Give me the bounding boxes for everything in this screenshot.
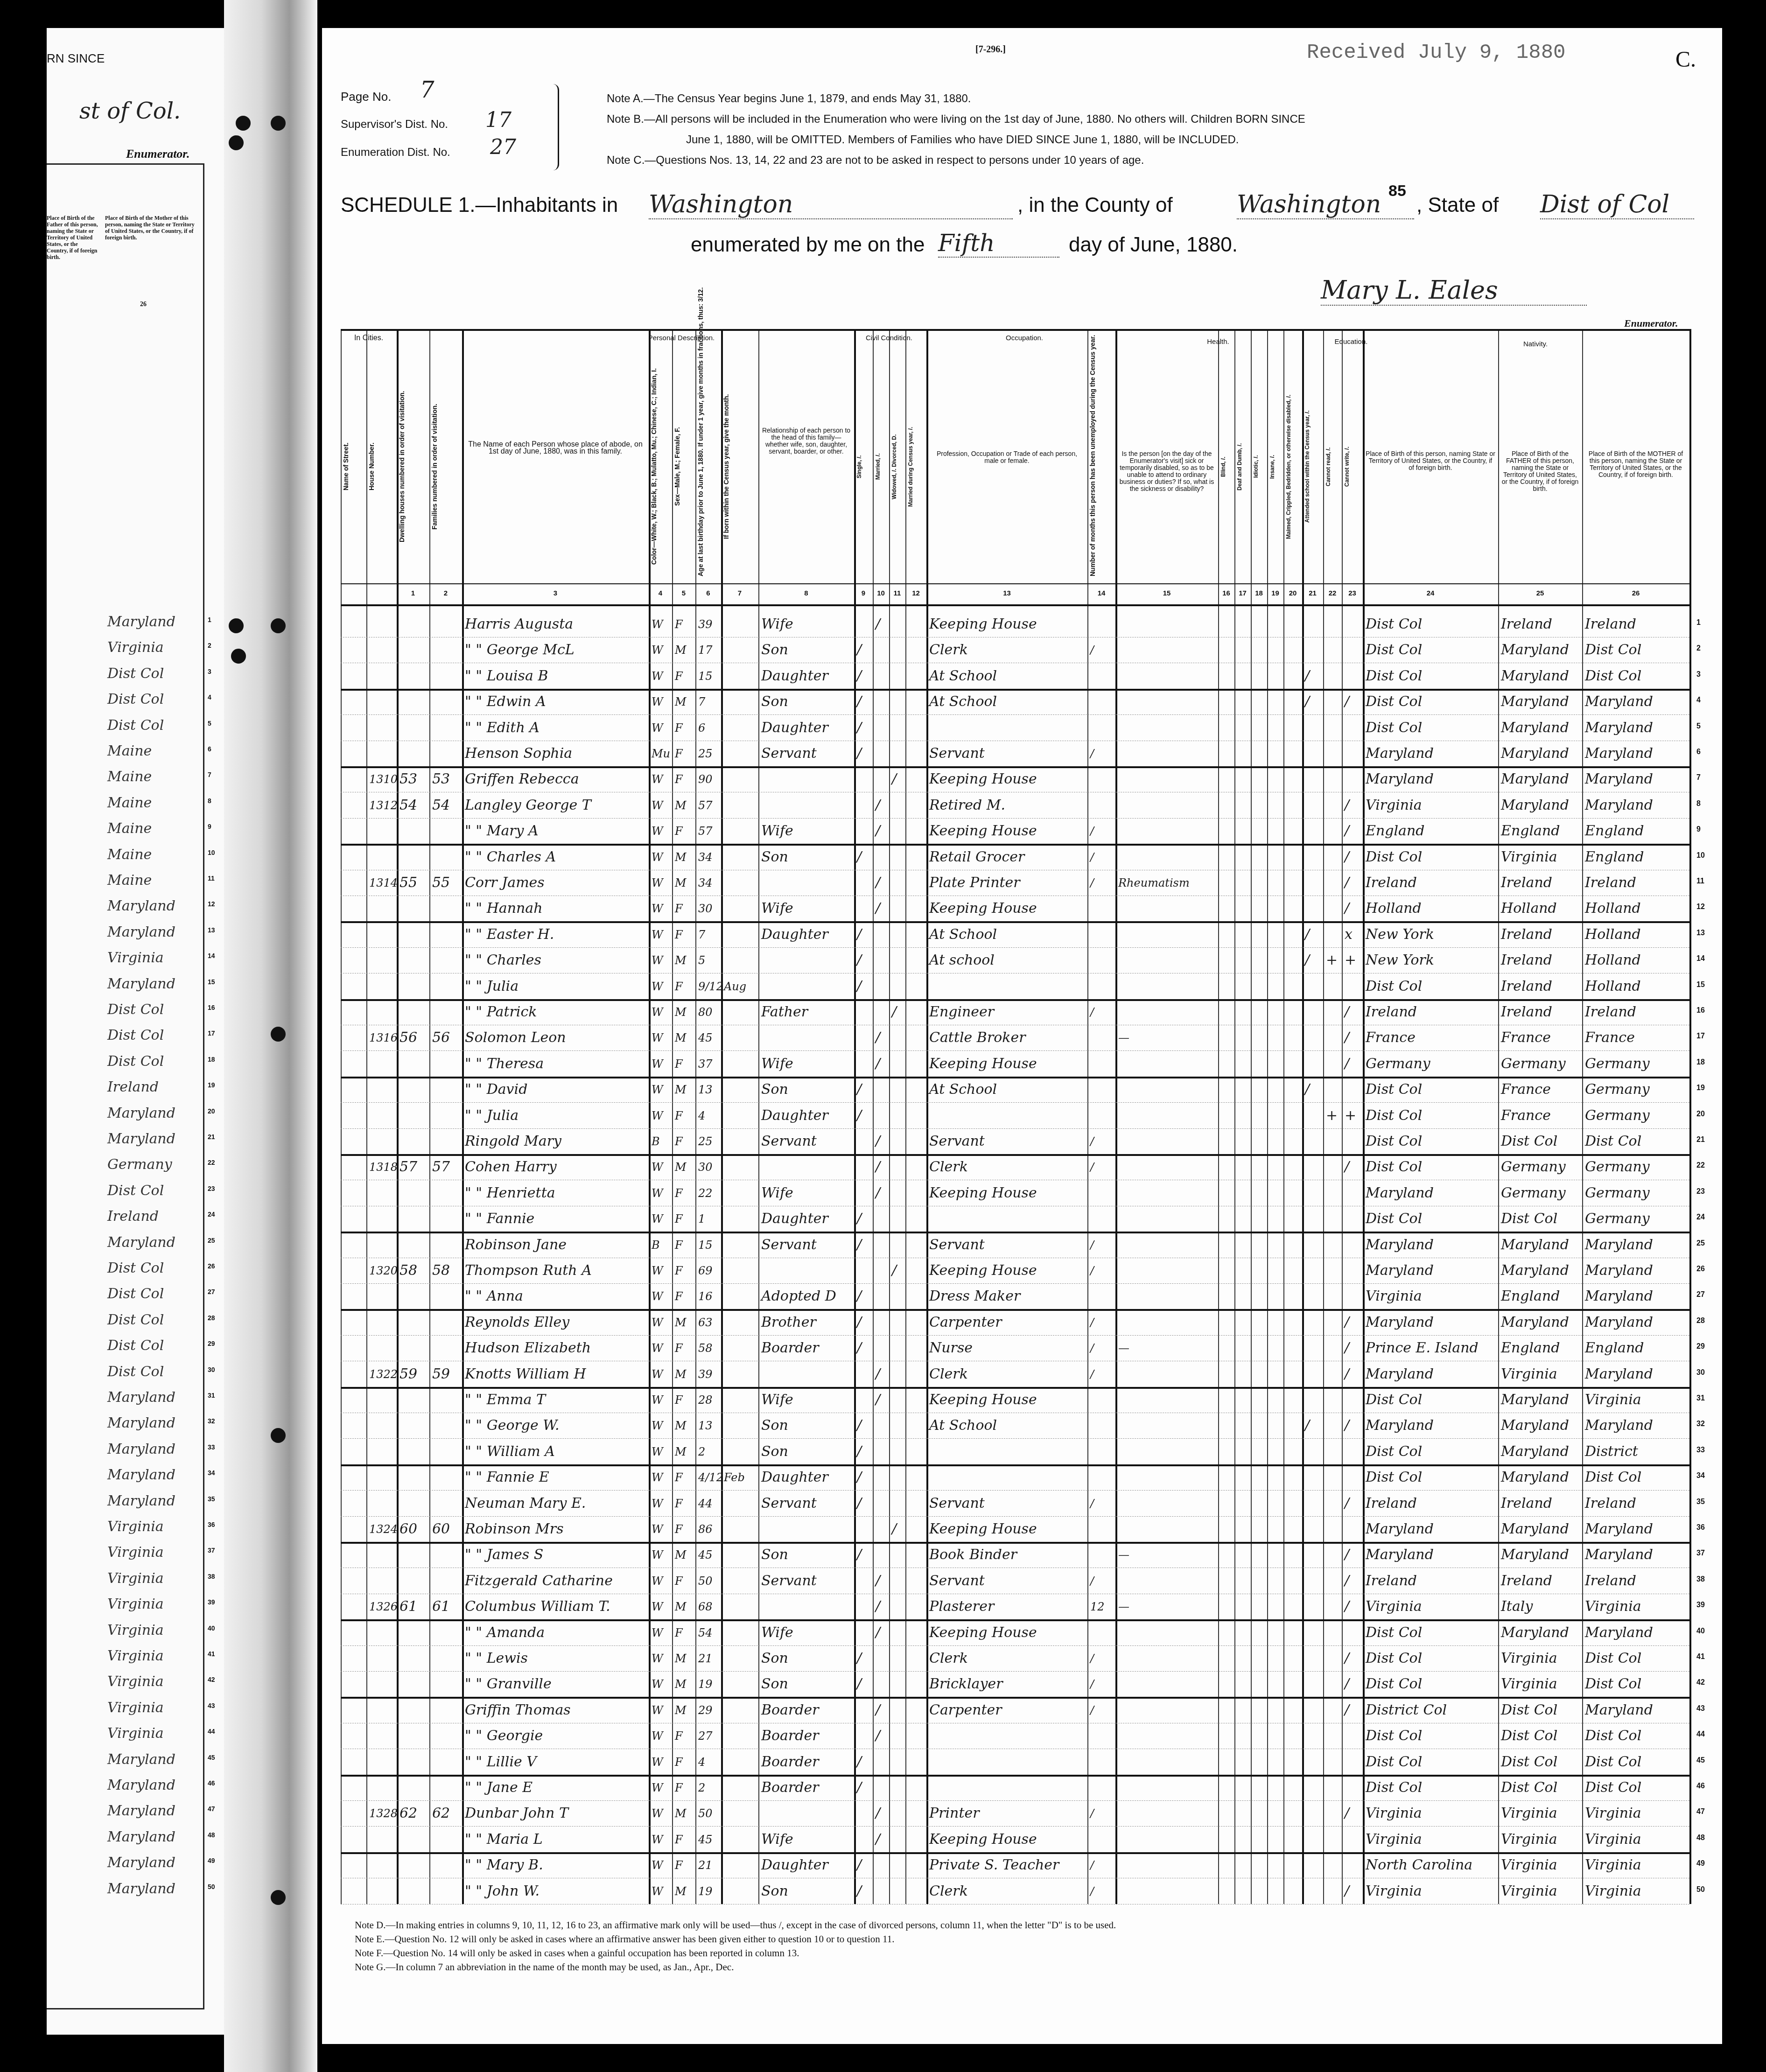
- column-header-color: Color—White, W.; Black, B.; Mulatto, Mu.…: [651, 357, 670, 576]
- cell-relation: Adopted D: [761, 1286, 836, 1307]
- left-entry: Virginia: [107, 1648, 164, 1664]
- table-row: " " Lillie VWF4Boarder/Dist ColDist ColD…: [341, 1749, 1689, 1777]
- cell-single: /: [857, 1674, 862, 1694]
- cell-name: " " Julia: [465, 976, 519, 997]
- cell-widowed: /: [892, 1002, 897, 1022]
- cell-name: Fitzgerald Catharine: [465, 1571, 613, 1591]
- table-row: " " JuliaWF4Daughter/++Dist ColFranceGer…: [341, 1103, 1689, 1129]
- table-row: Neuman Mary E.WF44Servant/Servant//Irela…: [341, 1491, 1689, 1517]
- cell-age: 9/12: [698, 976, 723, 997]
- column-header-dwelling: Dwelling houses numbered in order of vis…: [399, 357, 427, 576]
- left-row-number: 28: [208, 1314, 215, 1322]
- row-number: 34: [1696, 1472, 1705, 1480]
- row-number: 1: [1696, 619, 1701, 627]
- left-header-fragment: RN SINCE: [47, 51, 105, 66]
- cell-birth: New York: [1366, 924, 1434, 945]
- cell-sex: M: [675, 1803, 687, 1824]
- left-entry: Virginia: [107, 639, 164, 656]
- table-row: " " AmandaWF54Wife/Keeping HouseDist Col…: [341, 1620, 1689, 1646]
- bottom-notes: Note D.—In making entries in columns 9, …: [355, 1918, 1708, 1974]
- column-header-married: Married, /.: [875, 357, 887, 576]
- cell-color: W: [652, 1054, 663, 1074]
- cell-single: /: [857, 1209, 862, 1229]
- left-row-number: 34: [208, 1469, 215, 1477]
- cell-cw: +: [1345, 1106, 1356, 1126]
- cell-relation: Father: [761, 1002, 808, 1022]
- cell-age: 22: [698, 1183, 713, 1204]
- cell-color: W: [652, 1183, 663, 1204]
- cell-birth: Virginia: [1366, 1803, 1422, 1824]
- cell-family: 62: [432, 1803, 450, 1824]
- cell-color: W: [652, 1648, 663, 1669]
- cell-school: /: [1305, 692, 1310, 712]
- cell-cw: /: [1345, 1545, 1349, 1565]
- supervisor-label: Supervisor's Dist. No.: [341, 114, 448, 135]
- cell-cw: /: [1345, 1700, 1349, 1721]
- cell-father: Virginia: [1501, 1648, 1557, 1669]
- row-number: 18: [1696, 1058, 1705, 1067]
- cell-single: /: [857, 1415, 862, 1436]
- left-entry: Maryland: [107, 1493, 175, 1509]
- table-row: " " Mary AWF57Wife/Keeping House//Englan…: [341, 818, 1689, 846]
- cell-unemployed: /: [1090, 821, 1094, 841]
- left-col-num: 26: [140, 301, 147, 308]
- cell-age: 80: [698, 1002, 713, 1022]
- cell-age: 28: [698, 1390, 713, 1410]
- binding-hole: [271, 1428, 286, 1443]
- column-header-occupation: Profession, Occupation or Trade of each …: [929, 450, 1085, 464]
- cell-married: /: [876, 1183, 880, 1204]
- cell-birth: Virginia: [1366, 1286, 1422, 1307]
- note-e: Note E.—Question No. 12 will only be ask…: [355, 1932, 1708, 1946]
- cell-father: Virginia: [1501, 1881, 1557, 1902]
- cell-mother: Germany: [1585, 1183, 1650, 1204]
- cell-age: 39: [698, 1364, 713, 1385]
- left-row-number: 15: [208, 978, 215, 986]
- left-row-number: 18: [208, 1056, 215, 1063]
- cell-occupation: Keeping House: [929, 1390, 1037, 1410]
- cell-cw: x: [1345, 924, 1353, 945]
- cell-widowed: /: [892, 1519, 897, 1540]
- received-stamp: Received July 9, 1880: [1307, 41, 1566, 64]
- left-entry: Virginia: [107, 1596, 164, 1612]
- cell-color: W: [652, 1778, 663, 1798]
- left-row-number: 33: [208, 1443, 215, 1451]
- cell-name: Corr James: [465, 873, 545, 893]
- cell-cw: /: [1345, 1028, 1349, 1048]
- cell-house: 1316: [369, 1028, 398, 1048]
- table-row: " " CharlesWM5/At school/++New YorkIrela…: [341, 947, 1689, 973]
- cell-occupation: Private S. Teacher: [929, 1855, 1059, 1876]
- cell-unemployed: /: [1090, 1157, 1094, 1177]
- row-number: 30: [1696, 1369, 1705, 1377]
- cell-cw: /: [1345, 1674, 1349, 1694]
- left-row-number: 23: [208, 1185, 215, 1192]
- row-number: 11: [1696, 877, 1704, 886]
- cell-sex: F: [675, 1726, 683, 1746]
- cell-color: W: [652, 924, 663, 945]
- cell-mother: Germany: [1585, 1157, 1650, 1177]
- cell-mother: Maryland: [1585, 1545, 1653, 1565]
- cell-cr: +: [1326, 950, 1338, 971]
- cell-relation: Boarder: [761, 1752, 819, 1772]
- cell-birth: Maryland: [1366, 769, 1434, 790]
- cell-name: Hudson Elizabeth: [465, 1338, 591, 1358]
- cell-father: Virginia: [1501, 1674, 1557, 1694]
- cell-month: Feb: [724, 1467, 745, 1488]
- column-number: 11: [889, 589, 905, 597]
- cell-father: Ireland: [1501, 1493, 1552, 1514]
- cell-name: " " Mary A: [465, 821, 539, 841]
- left-col-father-header: Place of Birth of the Father of this per…: [47, 215, 100, 260]
- cell-father: Maryland: [1501, 1390, 1569, 1410]
- left-entry: Maryland: [107, 1105, 175, 1121]
- column-header-mother: Place of Birth of the MOTHER of this per…: [1585, 450, 1687, 478]
- state-field: Dist of Col: [1540, 190, 1694, 219]
- cell-mother: Maryland: [1585, 1623, 1653, 1643]
- cell-relation: Son: [761, 640, 788, 660]
- cell-name: " " Maria L: [465, 1829, 543, 1850]
- cell-father: Dist Col: [1501, 1752, 1557, 1772]
- cell-house: 1318: [369, 1157, 398, 1177]
- cell-father: Maryland: [1501, 795, 1569, 816]
- cell-family: 56: [432, 1028, 450, 1048]
- table-row: " " PatrickWM80Father/Engineer//IrelandI…: [341, 999, 1689, 1025]
- cell-unemployed: /: [1090, 1674, 1094, 1694]
- cell-birth: Maryland: [1366, 1312, 1434, 1333]
- table-row: Reynolds ElleyWM63Brother/Carpenter//Mar…: [341, 1309, 1689, 1336]
- row-number: 22: [1696, 1162, 1705, 1170]
- cell-mother: Germany: [1585, 1209, 1650, 1229]
- cell-sex: M: [675, 795, 687, 816]
- left-entry: Maryland: [107, 1415, 175, 1431]
- left-row-number: 24: [208, 1211, 215, 1218]
- cell-birth: Dist Col: [1366, 1726, 1422, 1746]
- cell-age: 13: [698, 1079, 713, 1100]
- cell-birth: Maryland: [1366, 1519, 1434, 1540]
- left-row-number: 1: [208, 616, 211, 623]
- cell-birth: Dist Col: [1366, 847, 1422, 868]
- cell-sickness: —: [1118, 1338, 1129, 1358]
- cell-sex: F: [675, 1260, 683, 1281]
- cell-father: Germany: [1501, 1183, 1566, 1204]
- cell-color: W: [652, 873, 663, 893]
- cell-age: 44: [698, 1493, 713, 1514]
- row-number: 7: [1696, 774, 1701, 782]
- cell-dwelling: 55: [399, 873, 417, 893]
- cell-age: 19: [698, 1881, 713, 1902]
- cell-sex: F: [675, 1235, 683, 1255]
- cell-married: /: [876, 1571, 880, 1591]
- left-row-number: 2: [208, 642, 211, 649]
- cell-name: Griffen Rebecca: [465, 769, 579, 790]
- cell-sex: F: [675, 1183, 683, 1204]
- row-number: 6: [1696, 748, 1701, 756]
- cell-sex: M: [675, 1002, 687, 1022]
- cell-birth: France: [1366, 1028, 1416, 1048]
- cell-married: /: [876, 1131, 880, 1152]
- column-header-widowed: Widowed, /. Divorced, D.: [891, 357, 904, 576]
- cell-color: W: [652, 1157, 663, 1177]
- left-entry: Maryland: [107, 1467, 175, 1483]
- cell-age: 54: [698, 1623, 713, 1643]
- cell-color: W: [652, 1286, 663, 1307]
- cell-father: Dist Col: [1501, 1778, 1557, 1798]
- cell-relation: Son: [761, 1674, 788, 1694]
- cell-age: 45: [698, 1028, 713, 1048]
- cell-unemployed: /: [1090, 1235, 1094, 1255]
- row-number: 26: [1696, 1265, 1705, 1274]
- cell-age: 50: [698, 1803, 713, 1824]
- cell-father: Germany: [1501, 1157, 1566, 1177]
- cell-sex: M: [675, 692, 687, 712]
- cell-unemployed: /: [1090, 1493, 1094, 1514]
- row-number: 24: [1696, 1213, 1705, 1222]
- binding-hole: [271, 1890, 286, 1905]
- cell-father: Virginia: [1501, 847, 1557, 868]
- left-entry: Virginia: [107, 1725, 164, 1742]
- cell-sex: F: [675, 821, 683, 841]
- left-entry: Dist Col: [107, 1027, 164, 1043]
- cell-cw: /: [1345, 1338, 1349, 1358]
- cell-age: 21: [698, 1855, 713, 1876]
- cell-birth: Ireland: [1366, 873, 1417, 893]
- cell-name: Knotts William H: [465, 1364, 586, 1385]
- left-enumerator-label: Enumerator.: [126, 147, 190, 161]
- cell-color: W: [652, 1260, 663, 1281]
- row-number: 38: [1696, 1575, 1705, 1584]
- cell-name: Reynolds Elley: [465, 1312, 569, 1333]
- column-header-birth: Place of Birth of this person, naming St…: [1366, 450, 1495, 471]
- cell-color: W: [652, 1726, 663, 1746]
- cell-cw: /: [1345, 1803, 1349, 1824]
- cell-mother: Maryland: [1585, 795, 1653, 816]
- left-row-number: 47: [208, 1805, 215, 1813]
- note-f: Note F.—Question No. 14 will only be ask…: [355, 1946, 1708, 1960]
- cell-occupation: At School: [929, 1415, 997, 1436]
- cell-age: 15: [698, 666, 713, 686]
- column-number: 13: [926, 589, 1087, 597]
- column-header-c17: Deaf and Dumb, /.: [1236, 357, 1249, 576]
- cell-name: " " Granville: [465, 1674, 552, 1694]
- enumerator-label: Enumerator.: [1624, 317, 1678, 329]
- cell-sex: M: [675, 1545, 687, 1565]
- cell-age: 7: [698, 924, 705, 945]
- left-entry: Virginia: [107, 950, 164, 966]
- cell-occupation: Clerk: [929, 1881, 968, 1902]
- column-header-mdy: Married during Census year, /.: [907, 357, 925, 576]
- left-row-number: 19: [208, 1081, 215, 1089]
- cell-sex: F: [675, 1054, 683, 1074]
- row-number: 23: [1696, 1188, 1705, 1196]
- group-nativity: Nativity.: [1381, 341, 1689, 348]
- cell-color: W: [652, 1364, 663, 1385]
- left-entry: Dist Col: [107, 1260, 164, 1276]
- column-number: 17: [1234, 589, 1251, 597]
- cell-relation: Servant: [761, 1131, 817, 1152]
- cell-name: Solomon Leon: [465, 1028, 566, 1048]
- row-number: 49: [1696, 1860, 1705, 1868]
- census-table: In Cities. Personal Description. Civil C…: [341, 329, 1722, 1906]
- cell-single: /: [857, 847, 862, 868]
- cell-mother: Maryland: [1585, 1364, 1653, 1385]
- cell-sex: F: [675, 1571, 683, 1591]
- column-number: 6: [695, 589, 721, 597]
- cell-age: 45: [698, 1545, 713, 1565]
- cell-single: /: [857, 666, 862, 686]
- cell-unemployed: /: [1090, 1648, 1094, 1669]
- cell-dwelling: 56: [399, 1028, 417, 1048]
- cell-occupation: Clerk: [929, 1157, 968, 1177]
- row-number: 9: [1696, 826, 1701, 834]
- cell-sex: F: [675, 1338, 683, 1358]
- cell-birth: Dist Col: [1366, 718, 1422, 738]
- left-row-number: 40: [208, 1624, 215, 1632]
- cell-age: 25: [698, 743, 713, 764]
- cell-birth: Maryland: [1366, 743, 1434, 764]
- cell-father: Maryland: [1501, 1312, 1569, 1333]
- table-row: " " FannieWF1Daughter/Dist ColDist ColGe…: [341, 1206, 1689, 1233]
- cell-cw: /: [1345, 1571, 1349, 1591]
- table-row: " " Maria LWF45Wife/Keeping HouseVirgini…: [341, 1827, 1689, 1854]
- cell-sex: F: [675, 1519, 683, 1540]
- cell-age: 25: [698, 1131, 713, 1152]
- cell-sex: M: [675, 873, 687, 893]
- cell-single: /: [857, 718, 862, 738]
- cell-dwelling: 59: [399, 1364, 417, 1385]
- cell-age: 69: [698, 1260, 713, 1281]
- cell-name: " " George McL: [465, 640, 575, 660]
- left-entry: Maryland: [107, 1389, 175, 1406]
- cell-single: /: [857, 640, 862, 660]
- cell-father: Maryland: [1501, 640, 1569, 660]
- cell-sex: F: [675, 1209, 683, 1229]
- column-header-single: Single, /.: [856, 357, 871, 576]
- cell-sickness: —: [1118, 1545, 1129, 1565]
- cell-mother: Ireland: [1585, 1571, 1636, 1591]
- cell-relation: Daughter: [761, 1467, 828, 1488]
- cell-cw: /: [1345, 795, 1349, 816]
- enumeration-label: Enumeration Dist. No.: [341, 142, 450, 163]
- cell-occupation: Clerk: [929, 1648, 968, 1669]
- city-field: Washington: [649, 190, 1013, 219]
- column-number: 2: [429, 589, 462, 597]
- cell-mother: Dist Col: [1585, 666, 1641, 686]
- left-row-number: 10: [208, 849, 215, 856]
- cell-name: Griffin Thomas: [465, 1700, 571, 1721]
- column-header-cw: Cannot write, /.: [1344, 357, 1361, 576]
- cell-birth: Virginia: [1366, 1881, 1422, 1902]
- cell-relation: Servant: [761, 1493, 817, 1514]
- cell-age: 2: [698, 1442, 705, 1462]
- cell-birth: Dist Col: [1366, 692, 1422, 712]
- row-number: 2: [1696, 644, 1701, 653]
- cell-school: /: [1305, 950, 1310, 971]
- table-row: 13105353Griffen RebeccaWF90/Keeping Hous…: [341, 766, 1689, 792]
- cell-mother: Maryland: [1585, 1700, 1653, 1721]
- cell-birth: Maryland: [1366, 1183, 1434, 1204]
- cell-birth: North Carolina: [1366, 1855, 1472, 1876]
- column-number: 9: [854, 589, 873, 597]
- cell-dwelling: 54: [399, 795, 417, 816]
- row-number: 48: [1696, 1834, 1705, 1842]
- cell-occupation: Keeping House: [929, 1260, 1037, 1281]
- cell-relation: Son: [761, 692, 788, 712]
- column-number: 5: [672, 589, 695, 597]
- cell-relation: Daughter: [761, 718, 828, 738]
- cell-father: Italy: [1501, 1596, 1533, 1617]
- header-rule: [341, 604, 1689, 606]
- left-entry: Dist Col: [107, 665, 164, 682]
- cell-cw: /: [1345, 692, 1349, 712]
- cell-father: Maryland: [1501, 743, 1569, 764]
- cell-occupation: At School: [929, 924, 997, 945]
- cell-name: Thompson Ruth A: [465, 1260, 592, 1281]
- cell-color: W: [652, 847, 663, 868]
- left-entry: Dist Col: [107, 1364, 164, 1380]
- cell-occupation: Nurse: [929, 1338, 973, 1358]
- cell-house: 1322: [369, 1364, 398, 1385]
- column-header-c16: Blind, /.: [1220, 357, 1233, 576]
- cell-relation: Son: [761, 1415, 788, 1436]
- cell-house: 1312: [369, 795, 398, 816]
- cell-cw: /: [1345, 847, 1349, 868]
- cell-occupation: At school: [929, 950, 995, 971]
- left-entry: Virginia: [107, 1519, 164, 1535]
- cell-birth: Dist Col: [1366, 1079, 1422, 1100]
- cell-color: W: [652, 950, 663, 971]
- cell-color: W: [652, 1106, 663, 1126]
- left-entry: Dist Col: [107, 1183, 164, 1199]
- table-row: Henson SophiaMuF25Servant/Servant/Maryla…: [341, 741, 1689, 768]
- cell-father: England: [1501, 1286, 1560, 1307]
- cell-age: 63: [698, 1312, 713, 1333]
- table-row: " " Easter H.WF7Daughter/At School/xNew …: [341, 922, 1689, 948]
- cell-single: /: [857, 1286, 862, 1307]
- cell-mother: Holland: [1585, 924, 1641, 945]
- day-suffix: day of June, 1880.: [1069, 233, 1238, 257]
- cell-cw: /: [1345, 1364, 1349, 1385]
- left-col-mother-header: Place of Birth of the Mother of this per…: [105, 215, 198, 241]
- cell-family: 61: [432, 1596, 450, 1617]
- left-row-number: 49: [208, 1857, 215, 1864]
- cell-father: Dist Col: [1501, 1700, 1557, 1721]
- table-row: 13205858Thompson Ruth AWF69/Keeping Hous…: [341, 1258, 1689, 1284]
- cell-relation: Brother: [761, 1312, 816, 1333]
- table-row: " " GeorgieWF27Boarder/Dist ColDist ColD…: [341, 1723, 1689, 1749]
- cell-relation: Son: [761, 847, 788, 868]
- cell-dwelling: 57: [399, 1157, 417, 1177]
- table-row: " " Mary B.WF21Daughter/Private S. Teach…: [341, 1852, 1689, 1878]
- cell-relation: Daughter: [761, 666, 828, 686]
- cell-sex: M: [675, 1028, 687, 1048]
- cell-birth: Ireland: [1366, 1571, 1417, 1591]
- table-row: " " Jane EWF2Boarder/Dist ColDist ColDis…: [341, 1775, 1689, 1801]
- column-number: 12: [905, 589, 926, 597]
- cell-mother: Virginia: [1585, 1881, 1641, 1902]
- cell-sex: M: [675, 1312, 687, 1333]
- cell-sex: F: [675, 1467, 683, 1488]
- cell-sex: F: [675, 1829, 683, 1850]
- cell-father: Maryland: [1501, 1467, 1569, 1488]
- cell-name: " " Edwin A: [465, 692, 546, 712]
- cell-married: /: [876, 1054, 880, 1074]
- supervisor-value: 17: [485, 108, 512, 132]
- column-header-family: Families numbered in order of visitation…: [431, 357, 460, 576]
- cell-cw: /: [1345, 1596, 1349, 1617]
- left-row-number: 29: [208, 1340, 215, 1347]
- cell-age: 50: [698, 1571, 713, 1591]
